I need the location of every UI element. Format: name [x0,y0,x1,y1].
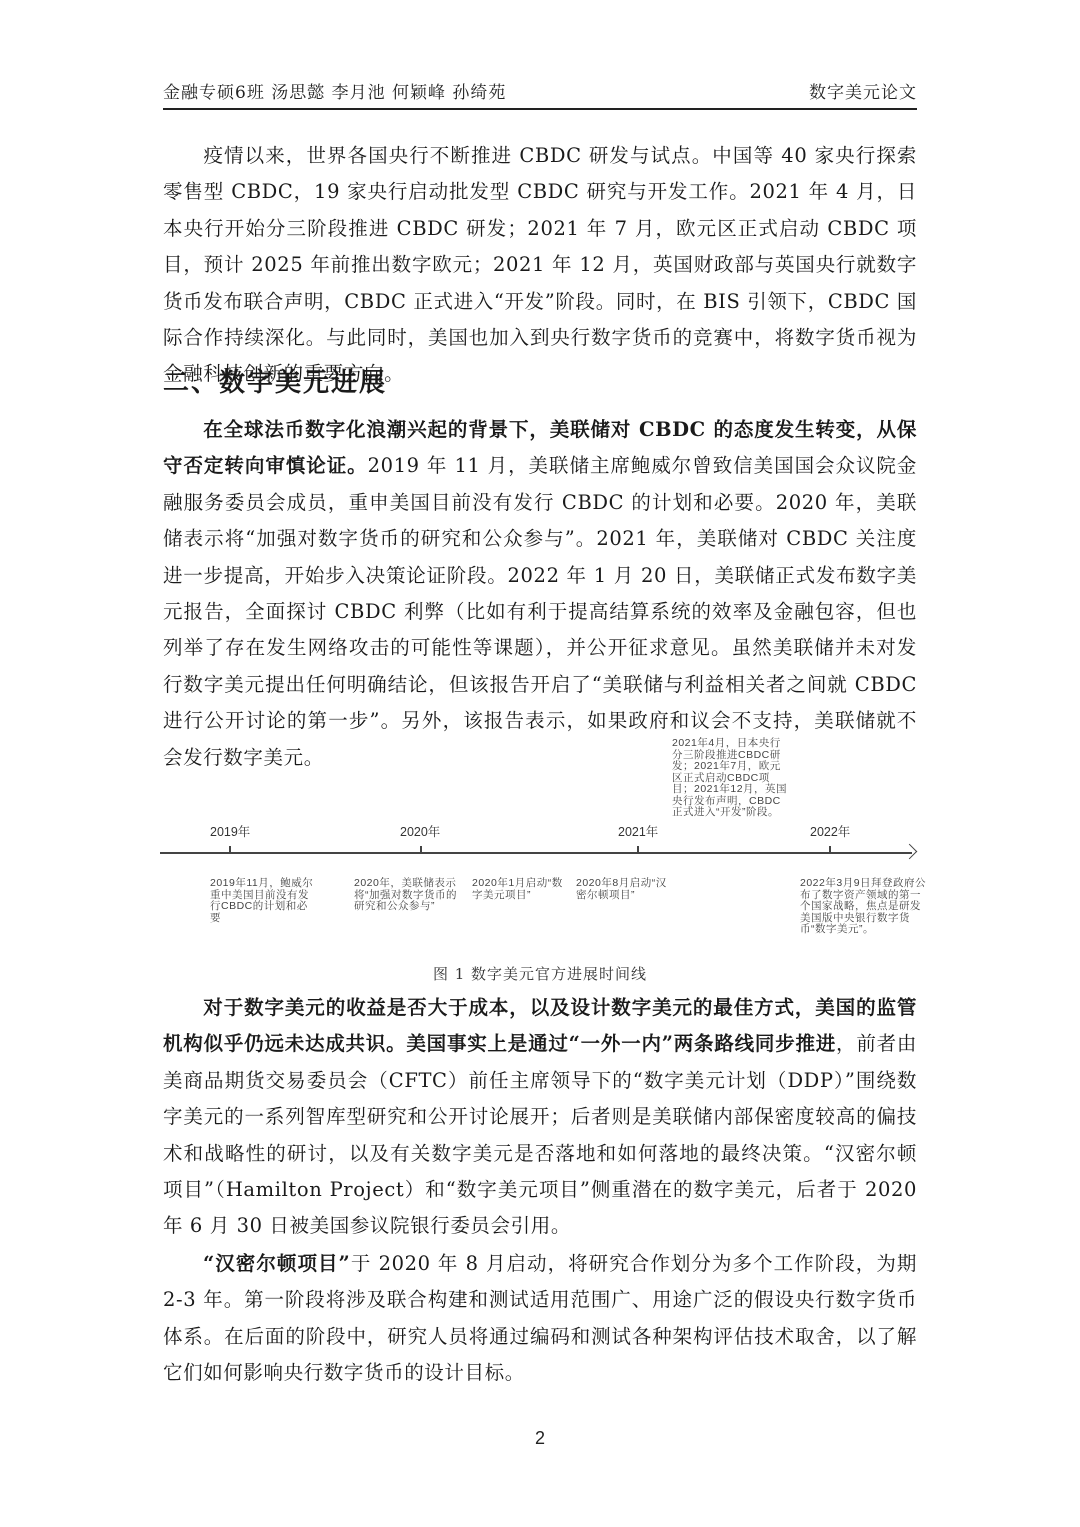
tick-2021 [637,846,639,853]
timeline-figure: 2019年 2020年 2021年 2022年 2019年11月，鲍威尔重中美国… [160,730,930,955]
paragraph-3-lead: 对于数字美元的收益是否大于成本，以及设计数字美元的最佳方式，美国的监管机构似乎仍… [163,996,917,1055]
year-2019: 2019年 [210,822,250,840]
event-2020-08: 2020年8月启动“汉密尔顿项目” [576,878,670,901]
header-title: 数字美元论文 [809,78,917,103]
paragraph-2: 在全球法币数字化浪潮兴起的背景下，美联储对 CBDC 的态度发生转变，从保守否定… [163,412,917,776]
year-2022: 2022年 [810,822,850,840]
tick-2020 [420,846,422,853]
year-2021: 2021年 [618,822,658,840]
section-title: 二、数字美元进展 [163,362,387,399]
event-2019-11: 2019年11月，鲍威尔重中美国目前没有发行CBDC的计划和必要 [210,878,318,924]
paragraph-3: 对于数字美元的收益是否大于成本，以及设计数字美元的最佳方式，美国的监管机构似乎仍… [163,990,917,1245]
paragraph-4: “汉密尔顿项目”于 2020 年 8 月启动，将研究合作划分为多个工作阶段，为期… [163,1246,917,1392]
paragraph-3-text: ，前者由美商品期货交易委员会（CFTC）前任主席领导下的“数字美元计划（DDP）… [163,1032,917,1237]
event-2022-03: 2022年3月9日拜登政府公布了数字资产领域的第一个国家战略，焦点是研发美国版中… [800,878,928,936]
paragraph-1-text: 疫情以来，世界各国央行不断推进 CBDC 研发与试点。中国等 40 家央行探索零… [163,144,917,385]
figure-caption: 图 1 数字美元官方进展时间线 [0,963,1080,984]
header-rule [163,108,917,110]
paragraph-1: 疫情以来，世界各国央行不断推进 CBDC 研发与试点。中国等 40 家央行探索零… [163,138,917,393]
tick-2022 [829,846,831,853]
tick-2019 [229,846,231,853]
arrow-right-icon [902,844,918,860]
page-number: 2 [0,1428,1080,1449]
page-header: 金融专硕6班 汤思懿 李月池 何颖峰 孙绮苑 数字美元论文 [163,74,917,102]
event-2020: 2020年，美联储表示将“加强对数字货币的研究和公众参与” [354,878,464,913]
timeline-axis [160,852,912,854]
year-2020: 2020年 [400,822,440,840]
header-authors: 金融专硕6班 汤思懿 李月池 何颖峰 孙绮苑 [163,78,506,103]
paragraph-4-lead: “汉密尔顿项目” [203,1252,350,1275]
event-2020-01: 2020年1月启动“数字美元项目” [472,878,564,901]
event-2021: 2021年4月，日本央行分三阶段推进CBDC研发；2021年7月，欧元区正式启动… [672,738,788,819]
paragraph-2-text: 2019 年 11 月，美联储主席鲍威尔曾致信美国国会众议院金融服务委员会成员，… [163,454,917,768]
